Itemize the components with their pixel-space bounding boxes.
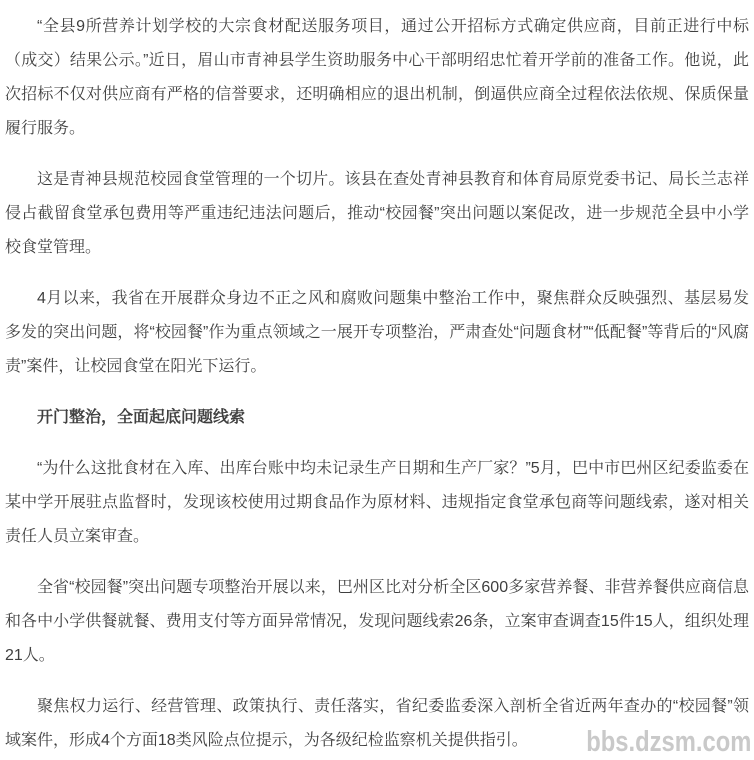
paragraph-bazhou-inspection: “为什么这批食材在入库、出库台账中均未记录生产日期和生产厂家？”5月，巴中市巴州… [5,452,749,554]
article-body: “全县9所营养计划学校的大宗食材配送服务项目，通过公开招标方式确定供应商，目前正… [0,0,754,758]
paragraph-qingshen-canteen-reform: 这是青神县规范校园食堂管理的一个切片。该县在查处青神县教育和体育局原党委书记、局… [5,163,749,265]
paragraph-bazhou-statistics: 全省“校园餐”突出问题专项整治开展以来，巴州区比对分析全区600多家营养餐、非营… [5,571,749,673]
paragraph-special-rectification: 4月以来，我省在开展群众身边不正之风和腐败问题集中整治工作中，聚焦群众反映强烈、… [5,282,749,384]
paragraph-bidding-announcement: “全县9所营养计划学校的大宗食材配送服务项目，通过公开招标方式确定供应商，目前正… [5,10,749,146]
watermark-site-url: bbs.dzsm.com [586,726,751,759]
section-heading-open-rectification: 开门整治，全面起底问题线索 [5,401,749,435]
article-page: “全县9所营养计划学校的大宗食材配送服务项目，通过公开招标方式确定供应商，目前正… [0,0,754,760]
